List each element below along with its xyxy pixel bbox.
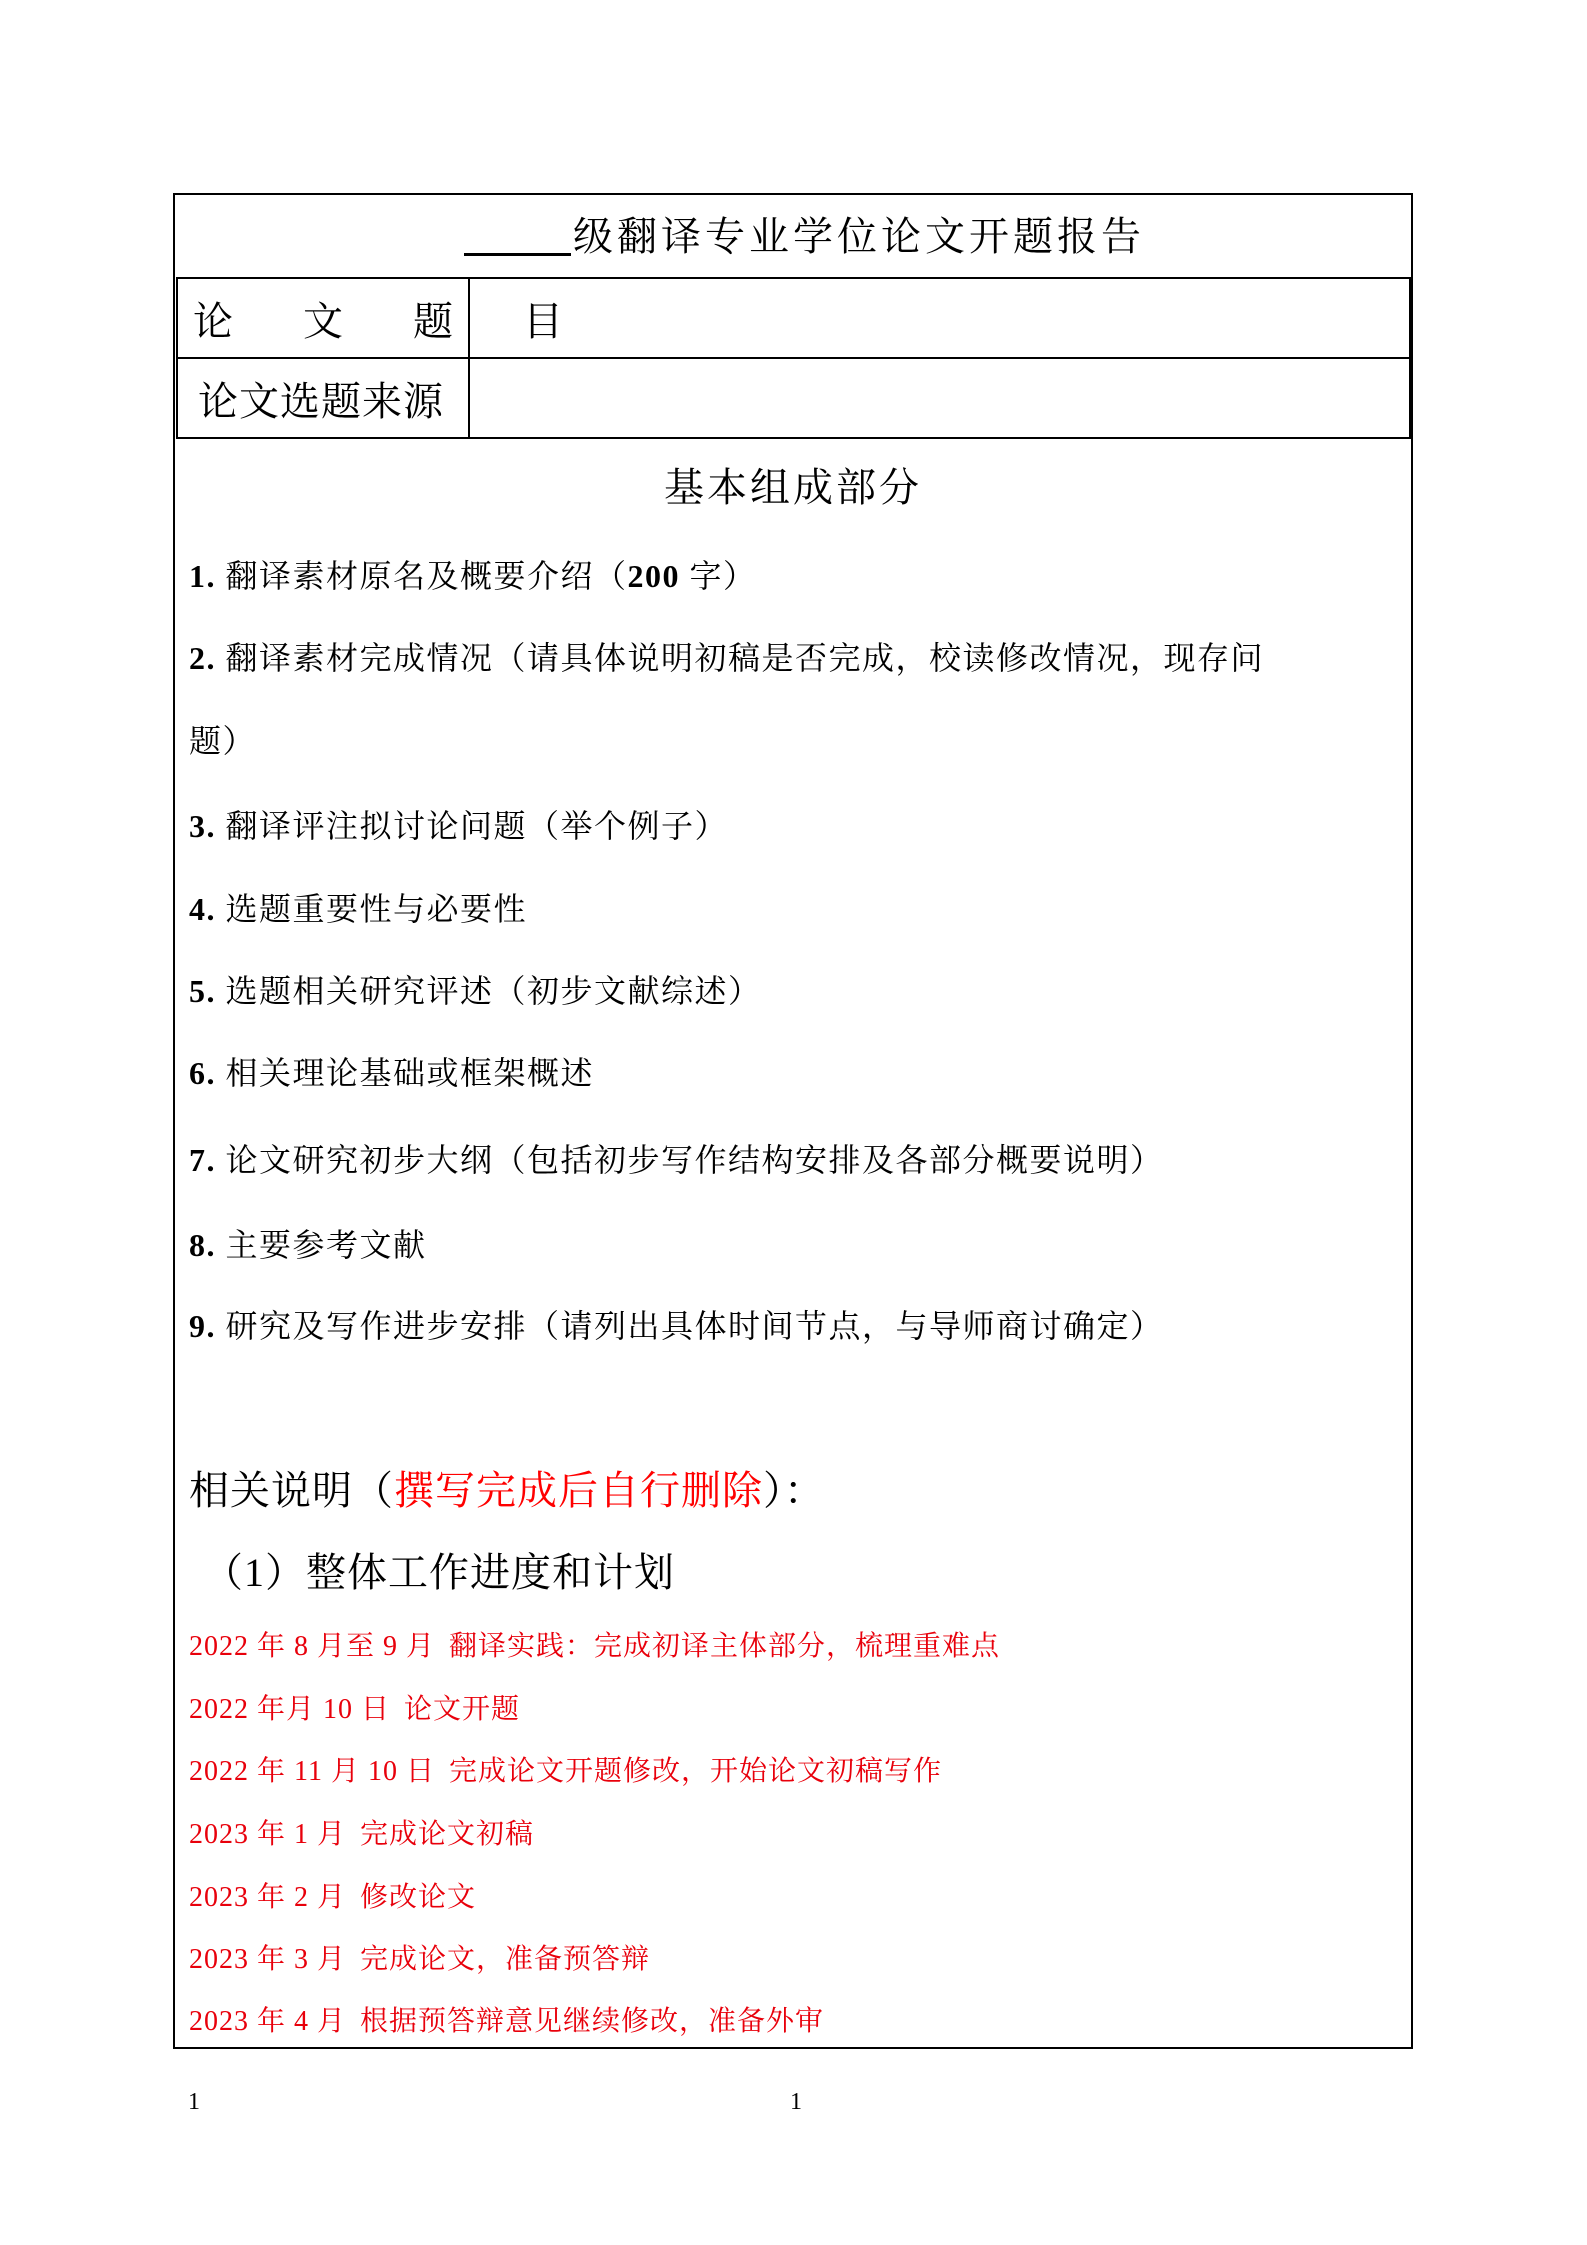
item-text: 选题相关研究评述（初步文献综述）	[226, 973, 762, 1009]
item-text: 主要参考文献	[226, 1227, 427, 1263]
schedule-task: 完成论文开题修改，开始论文初稿写作	[449, 1756, 942, 1787]
item-text: 论文研究初步大纲（包括初步写作结构安排及各部分概要说明）	[226, 1142, 1164, 1178]
notice-heading: 相关说明（撰写完成后自行删除）：	[189, 1467, 825, 1515]
list-item: 8. 主要参考文献	[189, 1225, 427, 1265]
schedule-date: 2022 年 11 月 10 日	[189, 1756, 435, 1787]
schedule-date: 2022 年月 10 日	[189, 1694, 390, 1725]
schedule-item: 2023 年 2 月修改论文	[189, 1881, 476, 1915]
schedule-date: 2023 年 3 月	[189, 1944, 346, 1975]
schedule-item: 2022 年月 10 日论文开题	[189, 1693, 520, 1727]
thesis-title-value-field[interactable]	[469, 278, 1410, 358]
item-text: 研究及写作进步安排（请列出具体时间节点，与导师商讨确定）	[226, 1308, 1164, 1344]
schedule-task: 论文开题	[404, 1694, 520, 1725]
subheading-text: 整体工作进度和计划	[306, 1550, 675, 1595]
section-heading: 基本组成部分	[175, 463, 1411, 513]
list-item: 1. 翻译素材原名及概要介绍（200 字）	[189, 556, 757, 596]
list-item: 4. 选题重要性与必要性	[189, 889, 527, 929]
item-number: 2.	[189, 640, 216, 676]
info-row-topic-source: 论文选题来源	[177, 358, 1410, 438]
info-table: 论 文 题 目 论文选题来源	[176, 277, 1411, 439]
item-number: 9.	[189, 1308, 216, 1344]
thesis-title-label: 论 文 题 目	[177, 278, 469, 358]
schedule-task: 翻译实践：完成初译主体部分，梳理重难点	[449, 1631, 1000, 1662]
report-form-frame: 级翻译专业学位论文开题报告 论 文 题 目 论文选题来源 基本组成部分 1. 翻…	[173, 193, 1413, 2049]
notice-prefix: 相关说明（	[189, 1468, 394, 1513]
footer-page-number-left: 1	[188, 2088, 200, 2116]
list-item: 9. 研究及写作进步安排（请列出具体时间节点，与导师商讨确定）	[189, 1306, 1164, 1346]
list-item: 7. 论文研究初步大纲（包括初步写作结构安排及各部分概要说明）	[189, 1140, 1164, 1180]
notice-red-text: 撰写完成后自行删除	[394, 1468, 763, 1513]
schedule-subheading: （1）整体工作进度和计划	[203, 1549, 675, 1597]
title-row: 级翻译专业学位论文开题报告	[175, 195, 1411, 279]
schedule-date: 2023 年 4 月	[189, 2006, 346, 2037]
list-item: 2. 翻译素材完成情况（请具体说明初稿是否完成，校读修改情况，现存问	[189, 638, 1264, 678]
subheading-number: （1）	[203, 1550, 306, 1595]
info-row-thesis-title: 论 文 题 目	[177, 278, 1410, 358]
report-title-text: 级翻译专业学位论文开题报告	[573, 214, 1145, 259]
item-number: 3.	[189, 808, 216, 844]
notice-suffix: ）：	[763, 1468, 825, 1513]
item-bold-number: 200	[628, 558, 681, 594]
schedule-date: 2023 年 2 月	[189, 1882, 346, 1913]
item-number: 8.	[189, 1227, 216, 1263]
schedule-item: 2023 年 3 月完成论文，准备预答辩	[189, 1943, 650, 1977]
item-text-continuation: 题）	[189, 723, 256, 759]
item-number: 1.	[189, 558, 216, 594]
list-item: 3. 翻译评注拟讨论问题（举个例子）	[189, 806, 728, 846]
schedule-date: 2022 年 8 月至 9 月	[189, 1631, 435, 1662]
schedule-item: 2023 年 1 月完成论文初稿	[189, 1818, 534, 1852]
item-text: 相关理论基础或框架概述	[226, 1055, 595, 1091]
schedule-task: 根据预答辩意见继续修改，准备外审	[360, 2006, 824, 2037]
report-title: 级翻译专业学位论文开题报告	[464, 213, 1145, 261]
item-text: 翻译素材原名及概要介绍（	[226, 558, 628, 594]
list-item-continuation: 题）	[189, 721, 256, 761]
item-text: 翻译素材完成情况（请具体说明初稿是否完成，校读修改情况，现存问	[226, 640, 1265, 676]
schedule-task: 修改论文	[360, 1882, 476, 1913]
item-number: 6.	[189, 1055, 216, 1091]
schedule-task: 完成论文初稿	[360, 1819, 534, 1850]
document-page: 级翻译专业学位论文开题报告 论 文 题 目 论文选题来源 基本组成部分 1. 翻…	[0, 0, 1587, 2245]
schedule-item: 2022 年 11 月 10 日完成论文开题修改，开始论文初稿写作	[189, 1755, 942, 1789]
item-text: 选题重要性与必要性	[226, 891, 528, 927]
list-item: 5. 选题相关研究评述（初步文献综述）	[189, 971, 762, 1011]
item-text-after: 字）	[680, 558, 757, 594]
footer-page-number-center: 1	[790, 2088, 802, 2116]
item-number: 4.	[189, 891, 216, 927]
item-number: 5.	[189, 973, 216, 1009]
item-text: 翻译评注拟讨论问题（举个例子）	[226, 808, 729, 844]
schedule-item: 2023 年 4 月根据预答辩意见继续修改，准备外审	[189, 2005, 824, 2039]
year-blank-underline[interactable]	[464, 253, 571, 256]
list-item: 6. 相关理论基础或框架概述	[189, 1053, 594, 1093]
topic-source-value-field[interactable]	[469, 358, 1410, 438]
item-number: 7.	[189, 1142, 216, 1178]
schedule-task: 完成论文，准备预答辩	[360, 1944, 650, 1975]
topic-source-label: 论文选题来源	[177, 358, 469, 438]
schedule-item: 2022 年 8 月至 9 月翻译实践：完成初译主体部分，梳理重难点	[189, 1630, 1000, 1664]
schedule-date: 2023 年 1 月	[189, 1819, 346, 1850]
